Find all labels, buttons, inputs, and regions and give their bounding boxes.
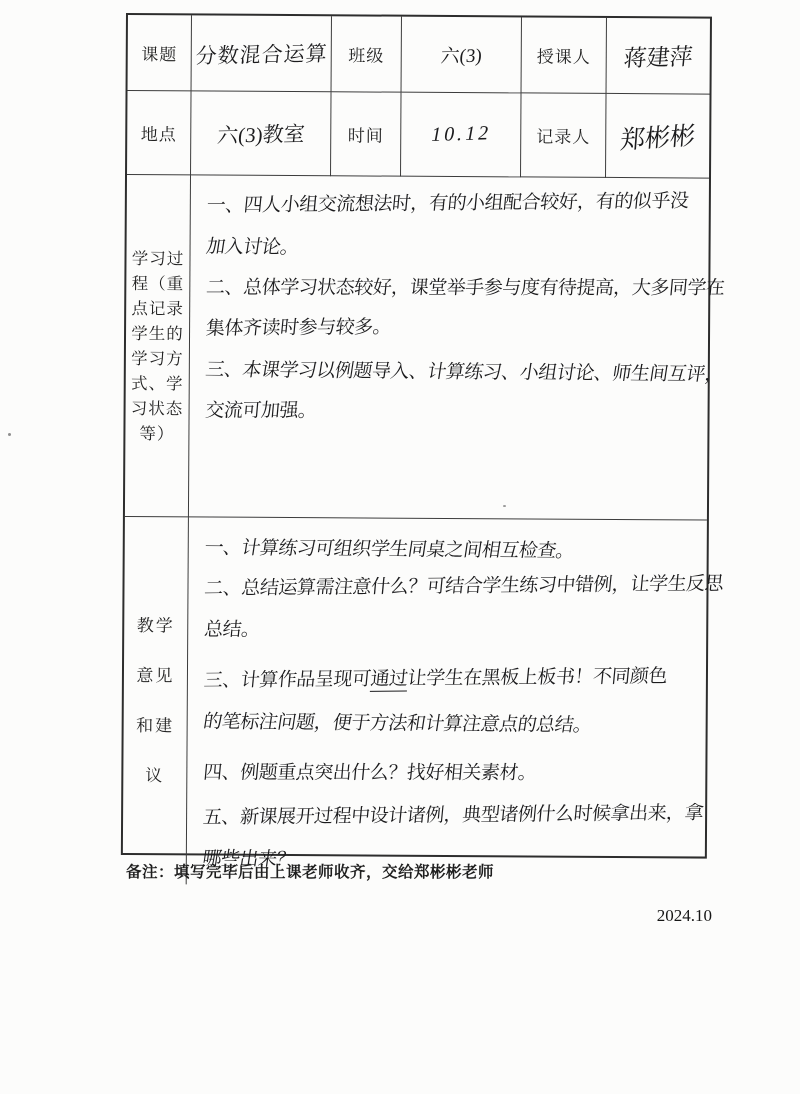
underlined-note-text: 通过 xyxy=(369,669,408,692)
date-stamp: 2024.10 xyxy=(657,906,712,926)
handwritten-note-line-with-underline: 三、计算作品呈现可通过让学生在黑板上板书！不同颜色 xyxy=(203,661,708,693)
topic-label: 课题 xyxy=(141,40,177,65)
section-label-line: 和建 xyxy=(136,701,174,751)
field-value-recorder: 郑彬彬 xyxy=(606,94,710,179)
section-label-line: 学习方 xyxy=(131,346,184,371)
handwritten-note-line: 四、例题重点突出什么？找好相关素材。 xyxy=(202,757,707,784)
recorder-label: 记录人 xyxy=(536,123,590,148)
field-value-teacher: 蒋建萍 xyxy=(607,18,710,95)
section-label-line: 学习过 xyxy=(132,246,185,271)
handwritten-note-line: 一、四人小组交流想法时，有的小组配合较好，有的似乎没 xyxy=(206,186,711,218)
field-label-recorder: 记录人 xyxy=(521,93,607,178)
handwritten-note-line: 五、新课展开过程中设计诸例，典型诸例什么时候拿出来，拿 xyxy=(202,798,707,830)
location-label: 地点 xyxy=(141,120,177,145)
handwritten-note-line: 二、总结运算需注意什么？可结合学生练习中错例，让学生反思 xyxy=(203,569,708,601)
section-label-line: 程（重 xyxy=(132,271,185,296)
section-label-line: 议 xyxy=(145,751,164,801)
class-label: 班级 xyxy=(348,41,384,66)
section-label-line: 习状态 xyxy=(131,396,184,421)
section-label-learning-process: 学习过 程（重 点记录 学生的 学习方 式、学 习状态 等） xyxy=(125,175,191,517)
section-label-line: 等） xyxy=(139,421,174,446)
time-handwritten-value: 10.12 xyxy=(429,122,493,147)
handwritten-note-line: 三、本课学习以例题导入、计算练习、小组讨论、师生间互评， xyxy=(204,355,710,387)
teacher-handwritten-signature: 蒋建萍 xyxy=(622,38,694,73)
section-label-teaching-suggestions: 教学 意见 和建 议 xyxy=(123,517,189,884)
time-label: 时间 xyxy=(348,121,384,146)
scan-speck xyxy=(503,505,506,507)
handwritten-note-line: 一、计算练习可组织学生同桌之间相互检查。 xyxy=(203,533,709,565)
class-record-table: 课题 分数混合运算 班级 六(3) 授课人 蒋建萍 地点 六(3)教室 时间 1… xyxy=(121,13,712,859)
topic-handwritten-value: 分数混合运算 xyxy=(194,37,329,70)
scanned-class-record-page: 课题 分数混合运算 班级 六(3) 授课人 蒋建萍 地点 六(3)教室 时间 1… xyxy=(0,0,800,1094)
field-label-class: 班级 xyxy=(332,16,402,92)
field-value-class: 六(3) xyxy=(402,17,522,94)
handwritten-note-line: 的笔标注问题，便于方法和计算注意点的总结。 xyxy=(202,706,708,738)
handwritten-note-line: 集体齐读时参与较多。 xyxy=(205,309,710,341)
handwritten-note-line: 交流可加强。 xyxy=(204,396,709,423)
section-content-teaching-suggestions: 一、计算练习可组织学生同桌之间相互检查。 二、总结运算需注意什么？可结合学生练习… xyxy=(187,517,707,887)
remark-note: 备注：填写完毕后由上课老师收齐，交给郑彬彬老师 xyxy=(126,860,494,882)
handwritten-note-line: 加入讨论。 xyxy=(205,232,711,264)
section-label-line: 式、学 xyxy=(131,371,184,396)
recorder-handwritten-signature: 郑彬彬 xyxy=(619,115,697,156)
section-content-learning-process: 一、四人小组交流想法时，有的小组配合较好，有的似乎没 加入讨论。 二、总体学习状… xyxy=(189,175,709,520)
field-value-location: 六(3)教室 xyxy=(191,91,332,176)
note-text-pre: 三、计算作品呈现可 xyxy=(203,669,372,692)
field-label-topic: 课题 xyxy=(128,15,192,91)
handwritten-note-line: 二、总体学习状态较好，课堂举手参与度有待提高，大多同学在 xyxy=(205,273,710,300)
handwritten-note-line: 总结。 xyxy=(203,614,708,641)
class-handwritten-value: 六(3) xyxy=(440,41,483,69)
section-label-line: 点记录 xyxy=(131,296,184,321)
section-label-line: 教学 xyxy=(137,601,175,651)
field-label-teacher: 授课人 xyxy=(522,17,607,94)
teacher-label: 授课人 xyxy=(537,43,591,68)
field-value-time: 10.12 xyxy=(401,93,522,178)
section-label-line: 学生的 xyxy=(131,321,184,346)
field-value-topic: 分数混合运算 xyxy=(192,15,332,92)
note-text-post: 让学生在黑板上板书！不同颜色 xyxy=(407,666,668,689)
field-label-time: 时间 xyxy=(331,92,402,176)
field-label-location: 地点 xyxy=(127,91,192,175)
scan-speck xyxy=(8,433,11,436)
section-label-line: 意见 xyxy=(136,651,174,701)
location-handwritten-value: 六(3)教室 xyxy=(216,117,306,149)
